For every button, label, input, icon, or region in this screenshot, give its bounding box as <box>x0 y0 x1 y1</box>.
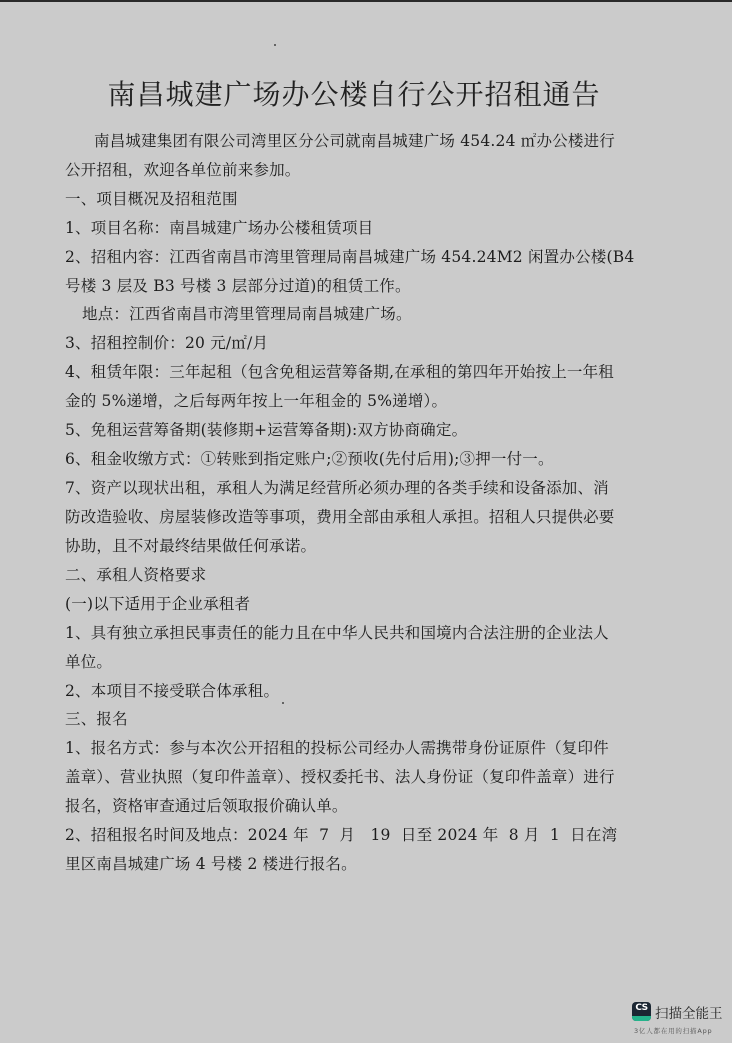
section-1-item-1: 1、项目名称：南昌城建广场办公楼租赁项目 <box>65 218 373 238</box>
section-1-heading: 一、项目概况及招租范围 <box>65 189 238 209</box>
section-1-item-5: 5、免租运营筹备期(装修期+运营筹备期):双方协商确定。 <box>65 420 467 440</box>
section-3-item-2-line-1: 2、招租报名时间及地点：2024 年 7 月 19 日至 2024 年 8 月 … <box>65 825 617 845</box>
section-1-item-7-line-2: 防改造验收、房屋装修改造等事项，费用全部由承租人承担。招租人只提供必要 <box>65 507 615 527</box>
scan-speck <box>274 44 276 46</box>
scan-top-edge <box>0 0 732 2</box>
camscanner-watermark: CS 扫描全能王 3亿人都在用的扫描App <box>632 1000 728 1040</box>
section-3-heading: 三、报名 <box>65 709 128 729</box>
scan-speck <box>282 702 284 704</box>
section-1-item-4-line-1: 4、租赁年限：三年起租（包含免租运营筹备期,在承租的第四年开始按上一年租 <box>65 362 614 382</box>
section-1-item-4-line-2: 金的 5%递增，之后每两年按上一年租金的 5%递增）。 <box>65 391 447 411</box>
intro-line-1: 南昌城建集团有限公司湾里区分公司就南昌城建广场 454.24 ㎡办公楼进行 <box>94 131 615 151</box>
section-1-item-3: 3、招租控制价：20 元/㎡/月 <box>65 333 268 353</box>
section-3-item-1-line-2: 盖章）、营业执照（复印件盖章）、授权委托书、法人身份证（复印件盖章）进行 <box>65 767 615 787</box>
section-1-item-7-line-3: 协助，且不对最终结果做任何承诺。 <box>65 536 316 556</box>
section-2-subheading: (一)以下适用于企业承租者 <box>65 594 250 614</box>
section-2-heading: 二、承租人资格要求 <box>65 565 206 585</box>
section-1-item-2-line-2: 号楼 3 层及 B3 号楼 3 层部分过道)的租赁工作。 <box>65 276 411 296</box>
section-2-item-1-line-1: 1、具有独立承担民事责任的能力且在中华人民共和国境内合法注册的企业法人 <box>65 623 609 643</box>
camscanner-logo-icon: CS <box>632 1002 651 1021</box>
section-3-item-1-line-3: 报名，资格审查通过后领取报价确认单。 <box>65 796 348 816</box>
section-1-location: 地点：江西省南昌市湾里管理局南昌城建广场。 <box>82 304 412 324</box>
watermark-tagline: 3亿人都在用的扫描App <box>634 1026 712 1035</box>
intro-line-2: 公开招租，欢迎各单位前来参加。 <box>65 160 301 180</box>
section-1-item-7-line-1: 7、资产以现状出租，承租人为满足经营所必须办理的各类手续和设备添加、消 <box>65 478 609 498</box>
section-3-item-2-line-2: 里区南昌城建广场 4 号楼 2 楼进行报名。 <box>65 854 357 874</box>
section-2-item-2: 2、本项目不接受联合体承租。 <box>65 681 279 701</box>
section-1-item-2-line-1: 2、招租内容：江西省南昌市湾里管理局南昌城建广场 454.24M2 闲置办公楼(… <box>65 247 634 267</box>
document-title: 南昌城建广场办公楼自行公开招租通告 <box>0 73 732 113</box>
section-2-item-1-line-2: 单位。 <box>65 652 112 672</box>
watermark-app-name: 扫描全能王 <box>655 1002 723 1022</box>
section-3-item-1-line-1: 1、报名方式：参与本次公开招租的投标公司经办人需携带身份证原件（复印件 <box>65 738 609 758</box>
section-1-item-6: 6、租金收缴方式：①转账到指定账户;②预收(先付后用);③押一付一。 <box>65 449 554 469</box>
